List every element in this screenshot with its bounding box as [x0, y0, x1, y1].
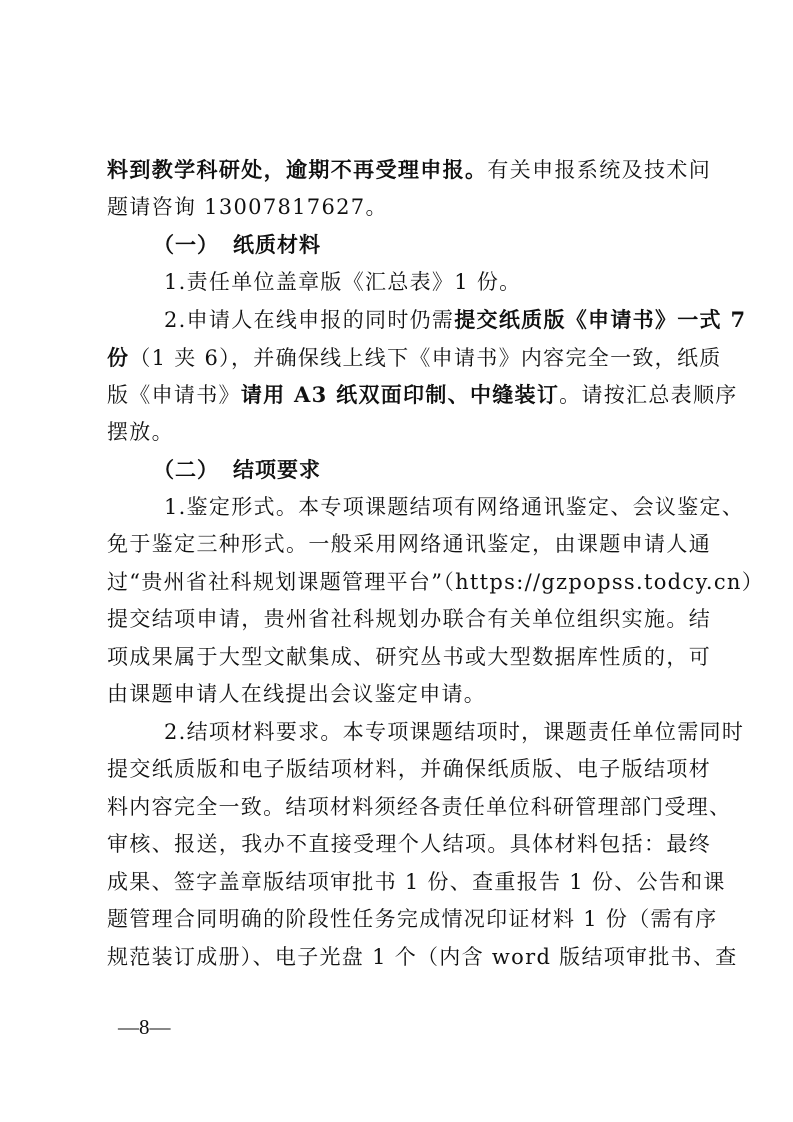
body-text: 题请咨询 13007817627。	[107, 195, 388, 219]
section-number: （一）	[153, 232, 219, 257]
text-line: 份（1 夹 6），并确保线上线下《申请书》内容完全一致，纸质	[107, 339, 711, 377]
body-text: 有关申报系统及技术问	[487, 158, 711, 182]
body-text: 2.结项材料要求。本专项课题结项时，课题责任单位需同时	[164, 720, 744, 744]
bold-text: 请用 A3 纸双面印制、中缝装订	[241, 382, 559, 407]
body-text: 1.鉴定形式。本专项课题结项有网络通讯鉴定、会议鉴定、	[164, 495, 744, 519]
section-heading: （二）结项要求	[107, 451, 711, 489]
text-line: 免于鉴定三种形式。一般采用网络通讯鉴定，由课题申请人通	[107, 526, 711, 564]
bold-text: 份	[107, 345, 129, 370]
body-text: 审核、报送，我办不直接受理个人结项。具体材料包括：最终	[107, 832, 711, 856]
text-line: 题请咨询 13007817627。	[107, 189, 711, 227]
body-text: 提交结项申请，贵州省社科规划办联合有关单位组织实施。结	[107, 607, 711, 631]
text-line: 项成果属于大型文献集成、研究丛书或大型数据库性质的，可	[107, 639, 711, 677]
body-text: 题管理合同明确的阶段性任务完成情况印证材料 1 份（需有序	[107, 907, 717, 931]
section-heading: （一）纸质材料	[107, 226, 711, 264]
text-line: 提交纸质版和电子版结项材料，并确保纸质版、电子版结项材	[107, 751, 711, 789]
body-text: 摆放。	[107, 420, 174, 444]
section-title: 纸质材料	[233, 232, 321, 257]
text-line: 2.申请人在线申报的同时仍需提交纸质版《申请书》一式 7	[107, 301, 711, 339]
text-line: 2.结项材料要求。本专项课题结项时，课题责任单位需同时	[107, 714, 711, 752]
section-title: 结项要求	[233, 457, 321, 482]
body-text: 过“贵州省社科规划课题管理平台”（https://gzpopss.todcy.c…	[107, 570, 764, 594]
document-body: 料到教学科研处，逾期不再受理申报。有关申报系统及技术问题请咨询 13007817…	[107, 151, 711, 976]
text-line: 审核、报送，我办不直接受理个人结项。具体材料包括：最终	[107, 826, 711, 864]
text-line: 成果、签字盖章版结项审批书 1 份、查重报告 1 份、公告和课	[107, 864, 711, 902]
text-line: 版《申请书》请用 A3 纸双面印制、中缝装订。请按汇总表顺序	[107, 376, 711, 414]
body-text: 由课题申请人在线提出会议鉴定申请。	[107, 682, 486, 706]
body-text: 。请按汇总表顺序	[559, 383, 737, 407]
text-line: 题管理合同明确的阶段性任务完成情况印证材料 1 份（需有序	[107, 901, 711, 939]
text-line: 过“贵州省社科规划课题管理平台”（https://gzpopss.todcy.c…	[107, 564, 711, 602]
text-line: 1.鉴定形式。本专项课题结项有网络通讯鉴定、会议鉴定、	[107, 489, 711, 527]
text-line: 摆放。	[107, 414, 711, 452]
body-text: 提交纸质版和电子版结项材料，并确保纸质版、电子版结项材	[107, 757, 711, 781]
body-text: 1.责任单位盖章版《汇总表》1 份。	[164, 270, 521, 294]
body-text: 免于鉴定三种形式。一般采用网络通讯鉴定，由课题申请人通	[107, 532, 711, 556]
text-line: 料到教学科研处，逾期不再受理申报。有关申报系统及技术问	[107, 151, 711, 189]
text-line: 料内容完全一致。结项材料须经各责任单位科研管理部门受理、	[107, 789, 711, 827]
page-number: —8—	[118, 1015, 171, 1040]
document-page: 料到教学科研处，逾期不再受理申报。有关申报系统及技术问题请咨询 13007817…	[0, 0, 793, 1122]
text-line: 提交结项申请，贵州省社科规划办联合有关单位组织实施。结	[107, 601, 711, 639]
body-text: 料内容完全一致。结项材料须经各责任单位科研管理部门受理、	[107, 795, 731, 819]
body-text: （1 夹 6），并确保线上线下《申请书》内容完全一致，纸质	[129, 346, 721, 370]
body-text: 版《申请书》	[107, 383, 241, 407]
bold-text: 料到教学科研处，逾期不再受理申报。	[107, 157, 487, 182]
body-text: 成果、签字盖章版结项审批书 1 份、查重报告 1 份、公告和课	[107, 870, 726, 894]
body-text: 2.申请人在线申报的同时仍需	[164, 308, 454, 332]
text-line: 由课题申请人在线提出会议鉴定申请。	[107, 676, 711, 714]
body-text: 规范装订成册）、电子光盘 1 个（内含 word 版结项审批书、查	[107, 945, 738, 969]
text-line: 1.责任单位盖章版《汇总表》1 份。	[107, 264, 711, 302]
text-line: 规范装订成册）、电子光盘 1 个（内含 word 版结项审批书、查	[107, 939, 711, 977]
section-number: （二）	[153, 457, 219, 482]
body-text: 项成果属于大型文献集成、研究丛书或大型数据库性质的，可	[107, 645, 711, 669]
bold-text: 提交纸质版《申请书》一式 7	[454, 307, 746, 332]
